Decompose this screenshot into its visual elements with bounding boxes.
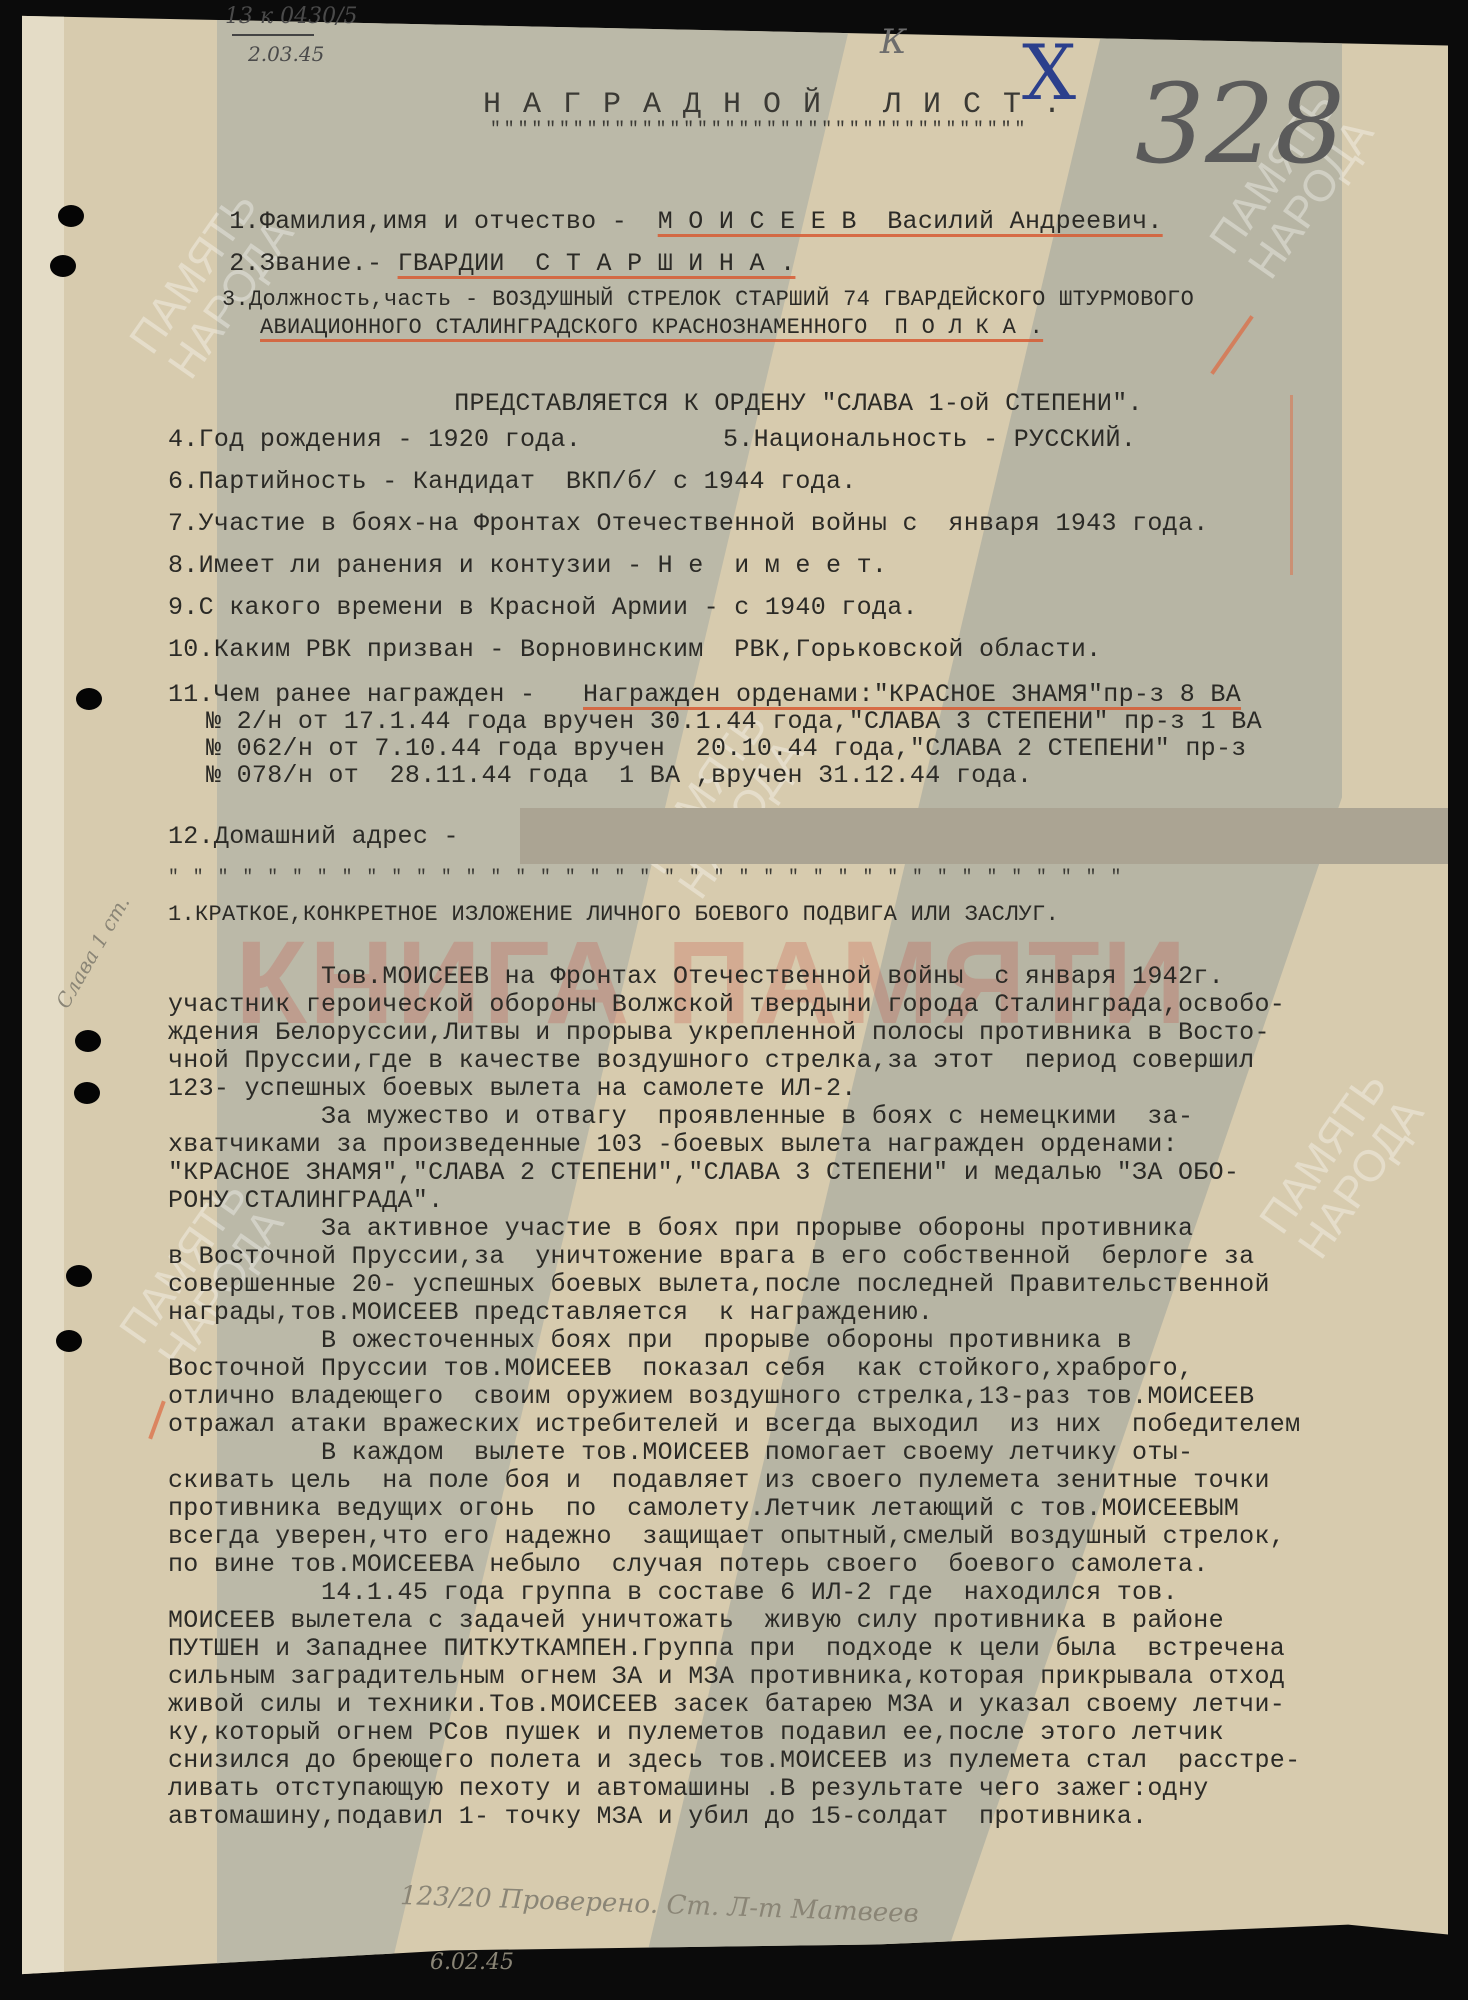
section-heading: 1.КРАТКОЕ,КОНКРЕТНОЕ ИЗЛОЖЕНИЕ ЛИЧНОГО Б… [168, 902, 1059, 927]
field-combat-participation: 7.Участие в боях-на Фронтах Отечественно… [168, 509, 1209, 538]
narrative-line: Тов.МОИСЕЕВ на Фронтах Отечественной вой… [168, 963, 1300, 991]
field-conscription: 10.Каким РВК призван - Ворновинским РВК,… [168, 635, 1101, 664]
narrative-line: 14.1.45 года группа в составе 6 ИЛ-2 где… [168, 1579, 1300, 1607]
page-number: 328 [1135, 60, 1345, 188]
punch-hole-icon [75, 1030, 101, 1052]
narrative-line: противника ведущих огонь по самолету.Лет… [168, 1495, 1300, 1523]
narrative-line: МОИСЕЕВ вылетела с задачей уничтожать жи… [168, 1607, 1300, 1635]
archive-underline [232, 34, 314, 36]
punch-hole-icon [74, 1082, 100, 1104]
narrative-line: по вине тов.МОИСЕЕВА небыло случая потер… [168, 1551, 1300, 1579]
archive-number: 13 к 0430/5 [225, 4, 358, 29]
narrative-line: хватчиками за произведенные 103 -боевых … [168, 1131, 1300, 1159]
field-prior-awards-label: 11.Чем ранее награжден - [168, 680, 535, 709]
narrative-line: сильным заградительным огнем ЗА и МЗА пр… [168, 1663, 1300, 1691]
punch-hole-icon [58, 205, 84, 227]
narrative-line: всегда уверен,что его надежно защищает о… [168, 1523, 1300, 1551]
narrative-line: чной Пруссии,где в качестве воздушного с… [168, 1047, 1300, 1075]
redacted-address [520, 808, 1448, 864]
field-army-since: 9.С какого времени в Красной Армии - с 1… [168, 593, 918, 622]
narrative-line: ждения Белоруссии,Литвы и прорыва укрепл… [168, 1019, 1300, 1047]
punch-hole-icon [66, 1265, 92, 1287]
narrative-line: живой силы и техники.Тов.МОИСЕЕВ засек б… [168, 1691, 1300, 1719]
punch-hole-icon [56, 1330, 82, 1352]
field-nationality: 5.Национальность - РУССКИЙ. [723, 425, 1136, 454]
narrative-line: автомашину,подавил 1- точку МЗА и убил д… [168, 1803, 1300, 1831]
narrative-line: в Восточной Пруссии,за уничтожение врага… [168, 1243, 1300, 1271]
narrative-line: участник героической обороны Волжской тв… [168, 991, 1300, 1019]
field-party: 6.Партийность - Кандидат ВКП/б/ с 1944 г… [168, 467, 857, 496]
mark-k: К [880, 22, 906, 62]
field-birth-year: 4.Год рождения - 1920 года. [168, 425, 581, 454]
narrative-line: отлично владеющего своим оружием воздушн… [168, 1383, 1300, 1411]
narrative-line: Восточной Пруссии тов.МОИСЕЕВ показал се… [168, 1355, 1300, 1383]
narrative-line: За мужество и отвагу проявленные в боях … [168, 1103, 1300, 1131]
narrative-line: отражал атаки вражеских истребителей и в… [168, 1411, 1300, 1439]
prior-award-line: Награжден орденами:"КРАСНОЕ ЗНАМЯ"пр-з 8… [583, 680, 1241, 709]
narrative-line: совершенные 20- успешных боевых вылета,п… [168, 1271, 1300, 1299]
prior-award-line: № 062/н от 7.10.44 года вручен 20.10.44 … [206, 734, 1247, 763]
punch-hole-icon [76, 688, 102, 710]
document-title: НАГРАДНОЙ ЛИСТ. [483, 88, 1083, 122]
prior-award-line: № 2/н от 17.1.44 года вручен 30.1.44 год… [206, 707, 1262, 736]
verification-date: 6.02.45 [430, 1950, 514, 1975]
narrative-line: "КРАСНОЕ ЗНАМЯ","СЛАВА 2 СТЕПЕНИ","СЛАВА… [168, 1159, 1300, 1187]
field-wounds: 8.Имеет ли ранения и контузии - Н е и м … [168, 551, 887, 580]
field-position-cont: АВИАЦИОННОГО СТАЛИНГРАДСКОГО КРАСНОЗНАМЕ… [206, 290, 1043, 365]
field-value: АВИАЦИОННОГО СТАЛИНГРАДСКОГО КРАСНОЗНАМЕ… [260, 315, 1043, 340]
narrative-line: В каждом вылете тов.МОИСЕЕВ помогает сво… [168, 1439, 1300, 1467]
prior-award-line: № 078/н от 28.11.44 года 1 ВА ,вручен 31… [206, 761, 1032, 790]
narrative-line: За активное участие в боях при прорыве о… [168, 1215, 1300, 1243]
narrative-line: скивать цель на поле боя и подавляет из … [168, 1467, 1300, 1495]
archive-date: 2.03.45 [248, 42, 324, 66]
narrative-line: награды,тов.МОИСЕЕВ представляется к наг… [168, 1299, 1300, 1327]
narrative-line: ку,который огнем РСов пушек и пулеметов … [168, 1719, 1300, 1747]
narrative-line: РОНУ СТАЛИНГРАДА". [168, 1187, 1300, 1215]
red-pencil-mark [1290, 395, 1293, 575]
narrative: Тов.МОИСЕЕВ на Фронтах Отечественной вой… [168, 963, 1300, 1831]
title-underline: """"""""""""""""""""""""""""""""""""""" [490, 120, 1028, 140]
punch-hole-icon [50, 255, 76, 277]
narrative-line: ливать отступающую пехоту и автомашины .… [168, 1775, 1300, 1803]
section-separator: """"""""""""""""""""""""""""""""""""""" [168, 868, 1135, 888]
narrative-line: 123- успешных боевых вылета на самолете … [168, 1075, 1300, 1103]
narrative-line: В ожесточенных боях при прорыве обороны … [168, 1327, 1300, 1355]
narrative-line: ПУТШЕН и Западнее ПИТКУТКАМПЕН.Группа пр… [168, 1635, 1300, 1663]
narrative-line: снизился до бреющего полета и здесь тов.… [168, 1747, 1300, 1775]
field-home-address: 12.Домашний адрес - [168, 822, 459, 851]
